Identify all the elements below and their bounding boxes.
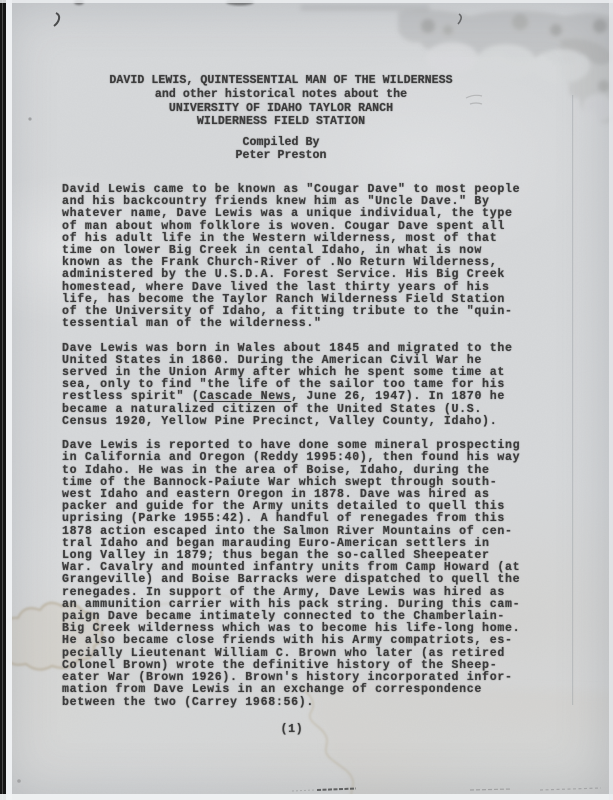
page-number: (1): [62, 724, 522, 736]
text-line: DAVID LEWIS, QUINTESSENTIAL MAN OF THE W…: [0, 74, 562, 88]
text-line: in California and Oregon (Reddy 1995:40)…: [62, 452, 542, 464]
text-line: became a naturalized citizen of the Unit…: [62, 404, 542, 416]
text-line: Census 1920, Yellow Pine Precinct, Valle…: [62, 416, 542, 428]
text-line: Grangeville) and Boise Barracks were dis…: [62, 574, 542, 586]
text-line: uprising (Parke 1955:42). A handful of r…: [62, 513, 542, 525]
text-line: to Idaho. He was in the area of Boise, I…: [62, 465, 542, 477]
text-line: UNIVERSITY OF IDAHO TAYLOR RANCH: [0, 102, 562, 116]
document-title: DAVID LEWIS, QUINTESSENTIAL MAN OF THE W…: [0, 74, 562, 129]
bottom-dash-marks: [292, 788, 601, 791]
paragraph: Dave Lewis is reported to have done some…: [62, 440, 542, 708]
text-line: He also became close friends with his Ar…: [62, 635, 542, 647]
text-line: whatever name, Dave Lewis was a unique i…: [62, 208, 542, 220]
fold-line: [572, 95, 573, 705]
text-line: Peter Preston: [0, 149, 562, 162]
text-line: restless spirit" (Cascade News, June 26,…: [62, 391, 542, 403]
paragraph: Dave Lewis was born in Wales about 1845 …: [62, 343, 542, 428]
text-line: Dave Lewis was born in Wales about 1845 …: [62, 343, 542, 355]
page-edge-bottom: [0, 794, 613, 800]
text-line: administered by the U.S.D.A. Forest Serv…: [62, 269, 542, 281]
text-line: Compiled By: [0, 136, 562, 149]
page-edge-right: [609, 0, 613, 800]
document-body: David Lewis came to be known as "Cougar …: [62, 184, 542, 709]
text-line: homestead, where Dave lived the last thi…: [62, 282, 542, 294]
page-edge-top: [0, 0, 613, 3]
compiled-by: Compiled ByPeter Preston: [0, 136, 562, 162]
paragraph: David Lewis came to be known as "Cougar …: [62, 184, 542, 330]
text-line: and other historical notes about the: [0, 88, 562, 102]
text-line: of man about whom folklore is woven. Cou…: [62, 221, 542, 233]
text-line: between the two (Carrey 1968:56).: [62, 697, 542, 709]
text-line: tessential man of the wilderness.": [62, 318, 542, 330]
scanned-document-page: DAVID LEWIS, QUINTESSENTIAL MAN OF THE W…: [0, 0, 613, 800]
text-line: mation from Dave Lewis in an exchange of…: [62, 684, 542, 696]
text-line: WILDERNESS FIELD STATION: [0, 115, 562, 129]
